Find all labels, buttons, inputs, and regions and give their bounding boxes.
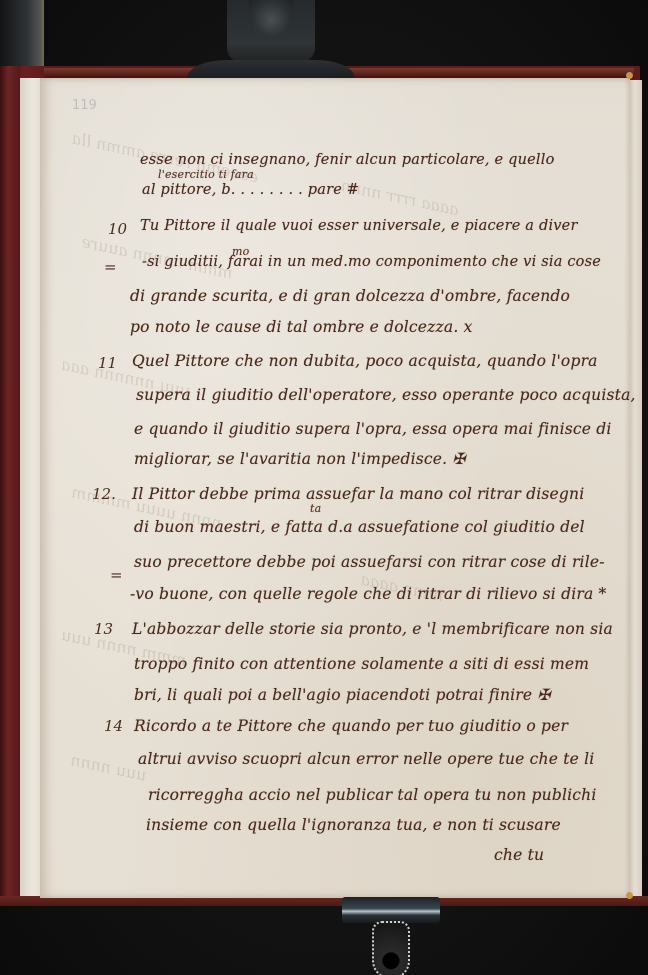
text-line: di buon maestri, e fatta d.a assuefation… xyxy=(134,518,585,536)
text-line: ricorreggha accio nel publicar tal opera… xyxy=(148,786,597,804)
paragraph-number: 10 xyxy=(108,220,127,238)
book-spine-board xyxy=(0,66,20,906)
text-line: e quando il giuditio supera l'opra, essa… xyxy=(134,420,612,438)
text-line: al pittore, b. . . . . . . . pare # xyxy=(142,182,359,198)
paragraph-dash: = xyxy=(110,566,123,584)
text-line: -si giuditii, farai in un med.mo componi… xyxy=(142,254,601,270)
bottom-snake-weight-clip xyxy=(342,897,440,975)
paragraph-number: 14 xyxy=(104,717,123,735)
text-line: po noto le cause di tal ombre e dolcezza… xyxy=(130,318,473,336)
paragraph-dash: = xyxy=(104,258,117,276)
text-line: supera il giuditio dell'operatore, esso … xyxy=(136,386,636,404)
text-line: esse non ci insegnano, fenir alcun parti… xyxy=(140,152,555,168)
text-line: suo precettore debbe poi assuefarsi con … xyxy=(134,553,605,571)
top-book-clip xyxy=(187,0,355,78)
bleed-through-text: uuu nnnn xyxy=(69,750,148,785)
corner-protector xyxy=(626,892,633,899)
text-line: Ricordo a te Pittore che quando per tuo … xyxy=(134,717,568,735)
pencil-folio-mark: 119 xyxy=(72,98,97,113)
text-line: migliorar, se l'avaritia non l'impedisce… xyxy=(134,450,466,468)
flyleaf xyxy=(20,78,42,896)
text-line: L'abbozzar delle storie sia pronto, e 'l… xyxy=(132,620,613,638)
text-line: Tu Pittore il quale vuoi esser universal… xyxy=(140,218,578,234)
corner-protector xyxy=(626,72,633,79)
text-line: Quel Pittore che non dubita, poco acquis… xyxy=(132,352,598,370)
paragraph-number: 11 xyxy=(98,354,117,372)
interlinear-addition: ta xyxy=(310,502,321,515)
text-line: Il Pittor debbe prima assuefar la mano c… xyxy=(132,485,584,503)
text-line: altrui avviso scuopri alcun error nelle … xyxy=(138,750,594,768)
clip-foot xyxy=(187,60,355,78)
text-line: troppo finito con attentione solamente a… xyxy=(134,655,589,673)
page-fore-edge xyxy=(630,80,642,896)
interlinear-addition: l'esercitio ti fara xyxy=(158,168,254,181)
clip-bar xyxy=(342,897,440,923)
bead-chain xyxy=(372,921,410,975)
paragraph-number: 12. xyxy=(92,485,116,503)
text-line: di grande scurita, e di gran dolcezza d'… xyxy=(130,287,570,305)
paragraph-number: 13 xyxy=(94,620,113,638)
catchword: che tu xyxy=(494,846,544,864)
text-line: -vo buone, con quelle regole che di ritr… xyxy=(130,585,606,603)
text-line: insieme con quella l'ignoranza tua, e no… xyxy=(146,816,561,834)
text-line: bri, li quali poi a bell'agio piacendoti… xyxy=(134,686,551,704)
